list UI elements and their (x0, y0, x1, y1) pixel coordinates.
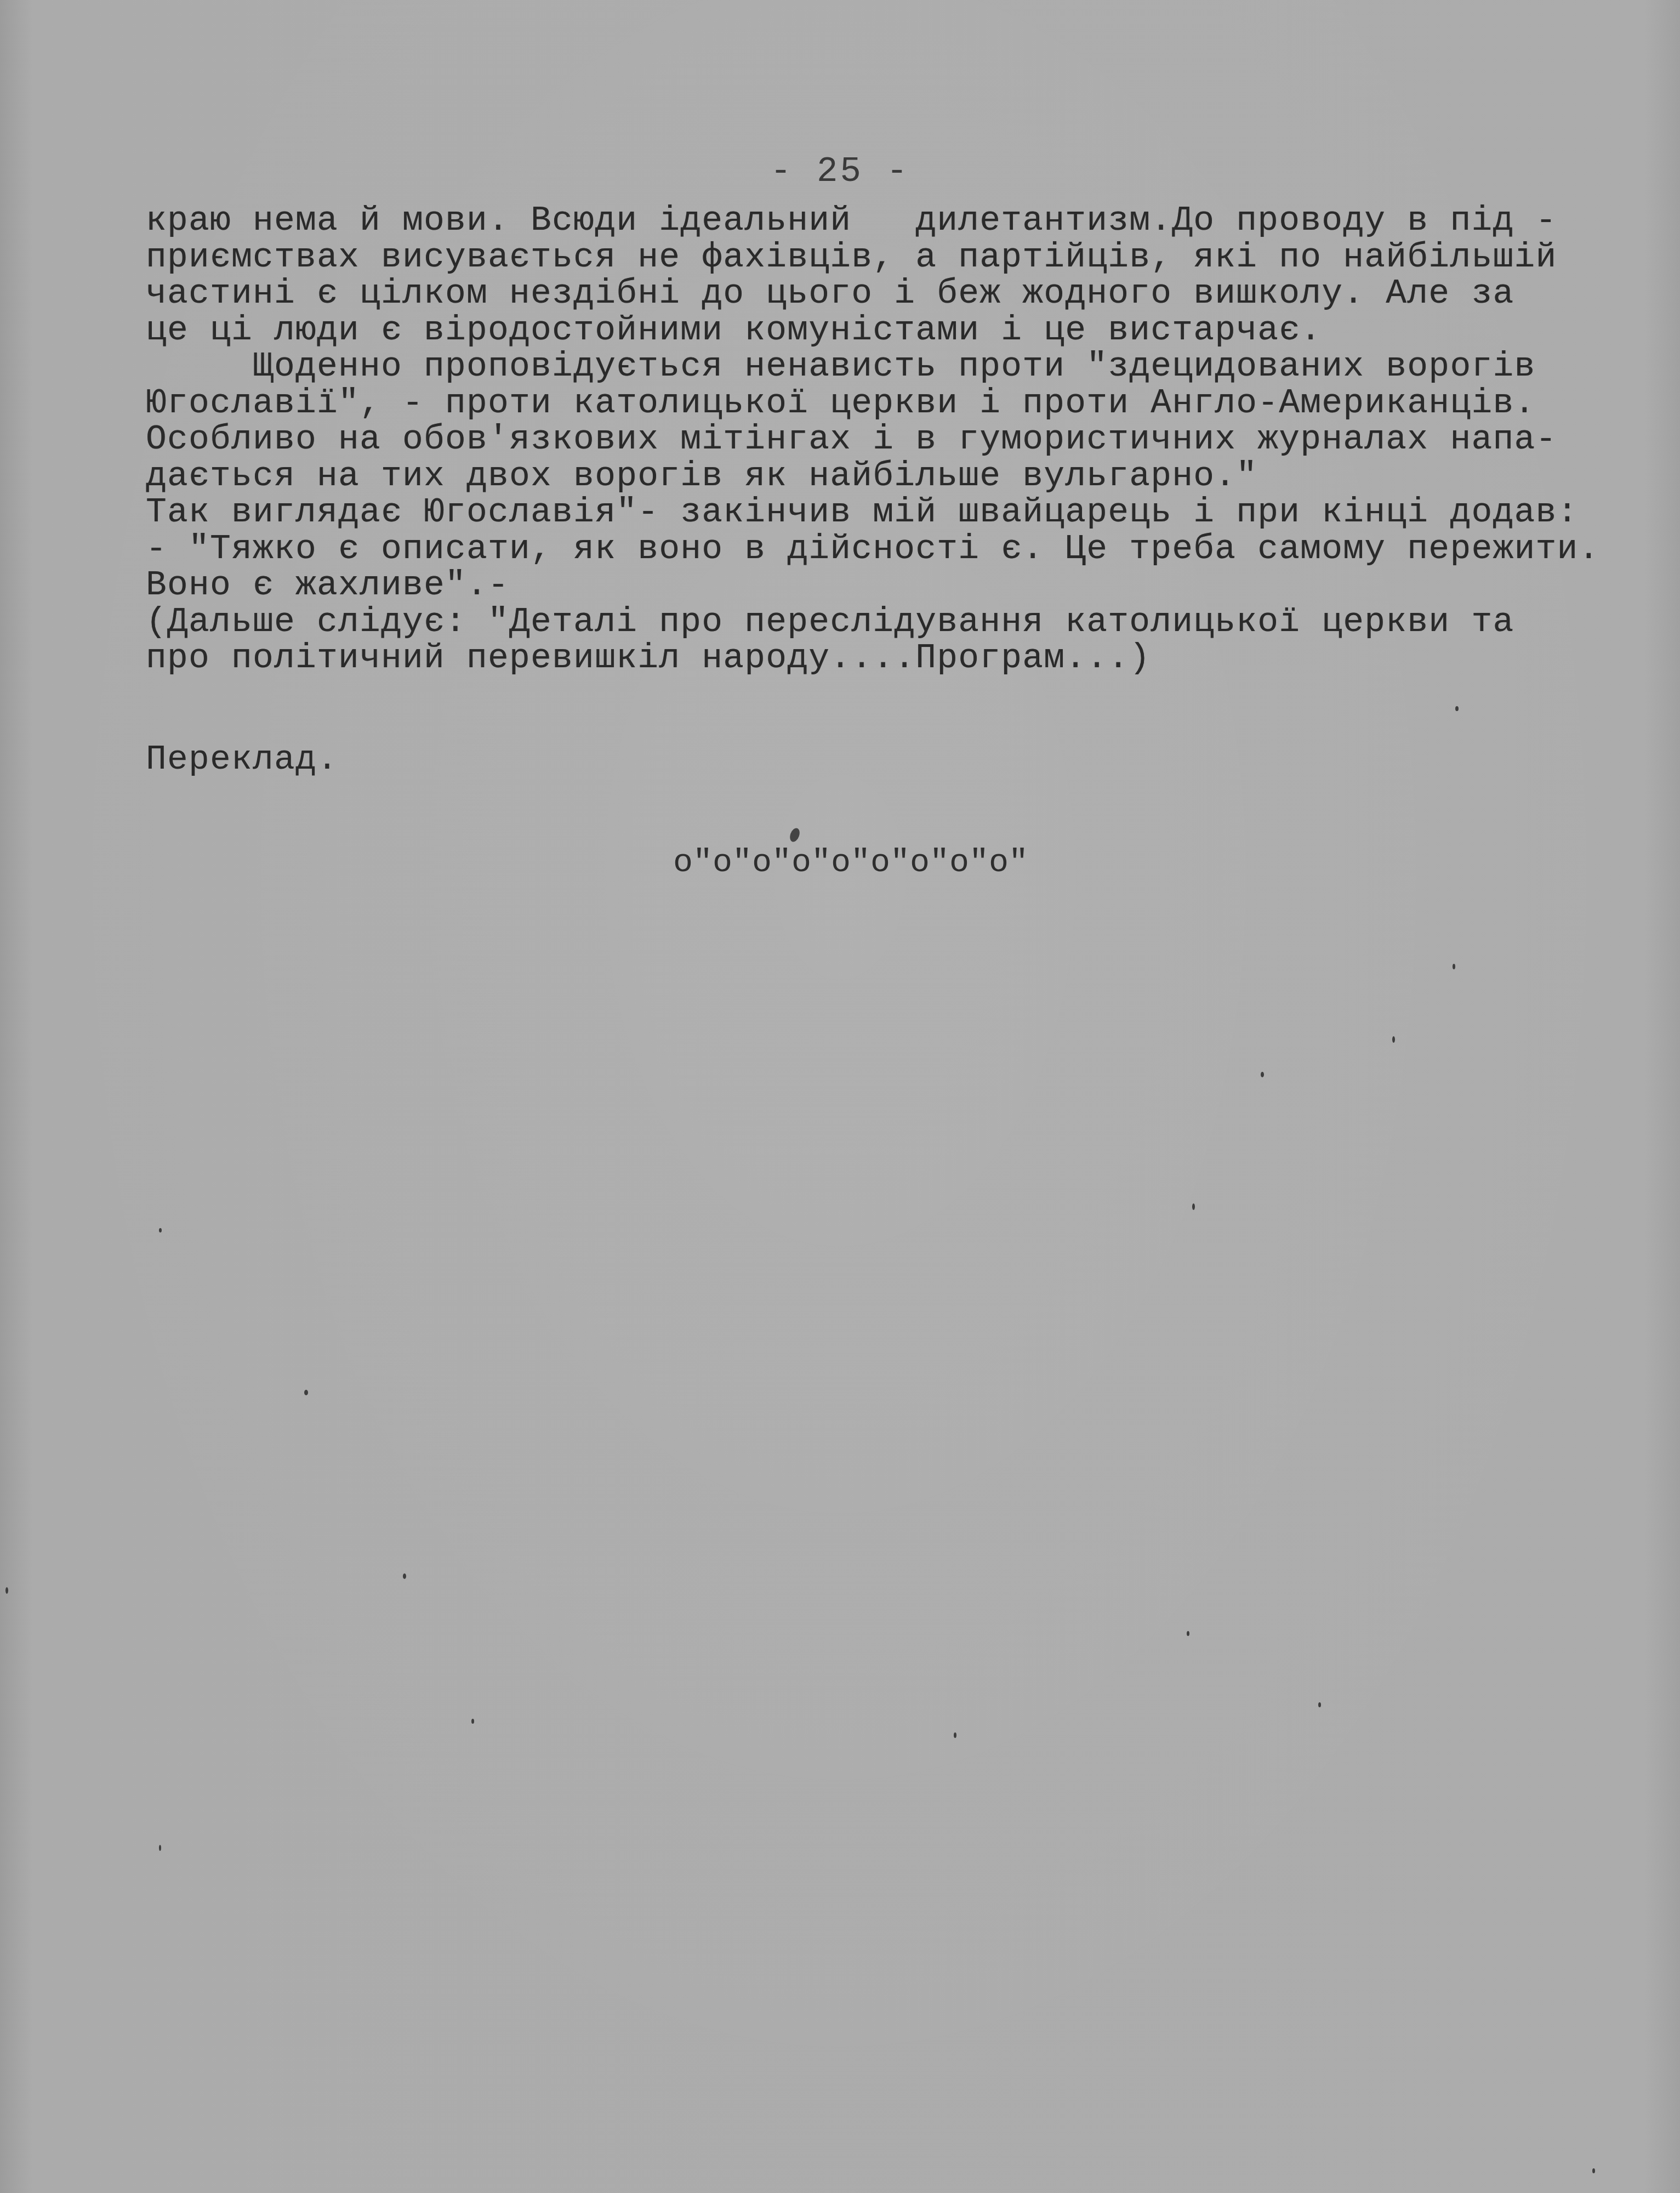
text-line: це ці люди є віродостойними комуністами … (146, 313, 1626, 349)
paper-speck (1392, 1036, 1395, 1043)
paper-speck (1187, 1631, 1189, 1636)
scanned-page: - 25 - краю нема й мови. Всюди ідеальний… (0, 0, 1680, 2193)
text-line: (Дальше слідує: "Деталі про переслідуван… (146, 604, 1626, 641)
text-line: приємствах висувається не фахівців, а па… (146, 240, 1626, 276)
text-line: Югославії", - проти католицької церкви і… (146, 385, 1626, 422)
paper-speck (1453, 964, 1455, 969)
text-line: Так виглядає Югославія"- закінчив мій шв… (146, 495, 1626, 531)
paper-speck (1592, 2168, 1595, 2173)
paper-speck (1192, 1203, 1195, 1210)
paper-speck (1261, 1072, 1264, 1077)
section-separator: o"o"o"o"o"o"o"o"o" (673, 844, 1028, 882)
paper-speck (403, 1573, 406, 1579)
paper-speck (304, 1390, 308, 1395)
paper-speck (159, 1228, 162, 1232)
text-line: - "Тяжко є описати, як воно в дійсності … (146, 531, 1626, 568)
text-line: краю нема й мови. Всюди ідеальний дилета… (146, 203, 1626, 240)
text-line: дається на тих двох ворогів як найбільше… (146, 458, 1626, 495)
ink-blot (788, 827, 801, 843)
paper-speck (1318, 1702, 1321, 1707)
paper-speck (159, 1845, 161, 1851)
text-line: Особливо на обов'язкових мітінгах і в гу… (146, 422, 1626, 458)
body-text: краю нема й мови. Всюди ідеальний дилета… (146, 203, 1626, 677)
paper-speck (1455, 706, 1459, 711)
paper-speck (954, 1732, 956, 1738)
text-line: Щоденно проповідується ненависть проти "… (146, 349, 1626, 385)
text-line: про політичний перевишкіл народу....Прог… (146, 640, 1626, 677)
text-line: Воно є жахливе".- (146, 567, 1626, 604)
paper-speck (471, 1719, 474, 1724)
page-number: - 25 - (0, 152, 1680, 192)
translation-note: Переклад. (146, 740, 338, 779)
paper-speck (5, 1587, 8, 1594)
text-line: частині є цілком нездібні до цього і беж… (146, 276, 1626, 313)
